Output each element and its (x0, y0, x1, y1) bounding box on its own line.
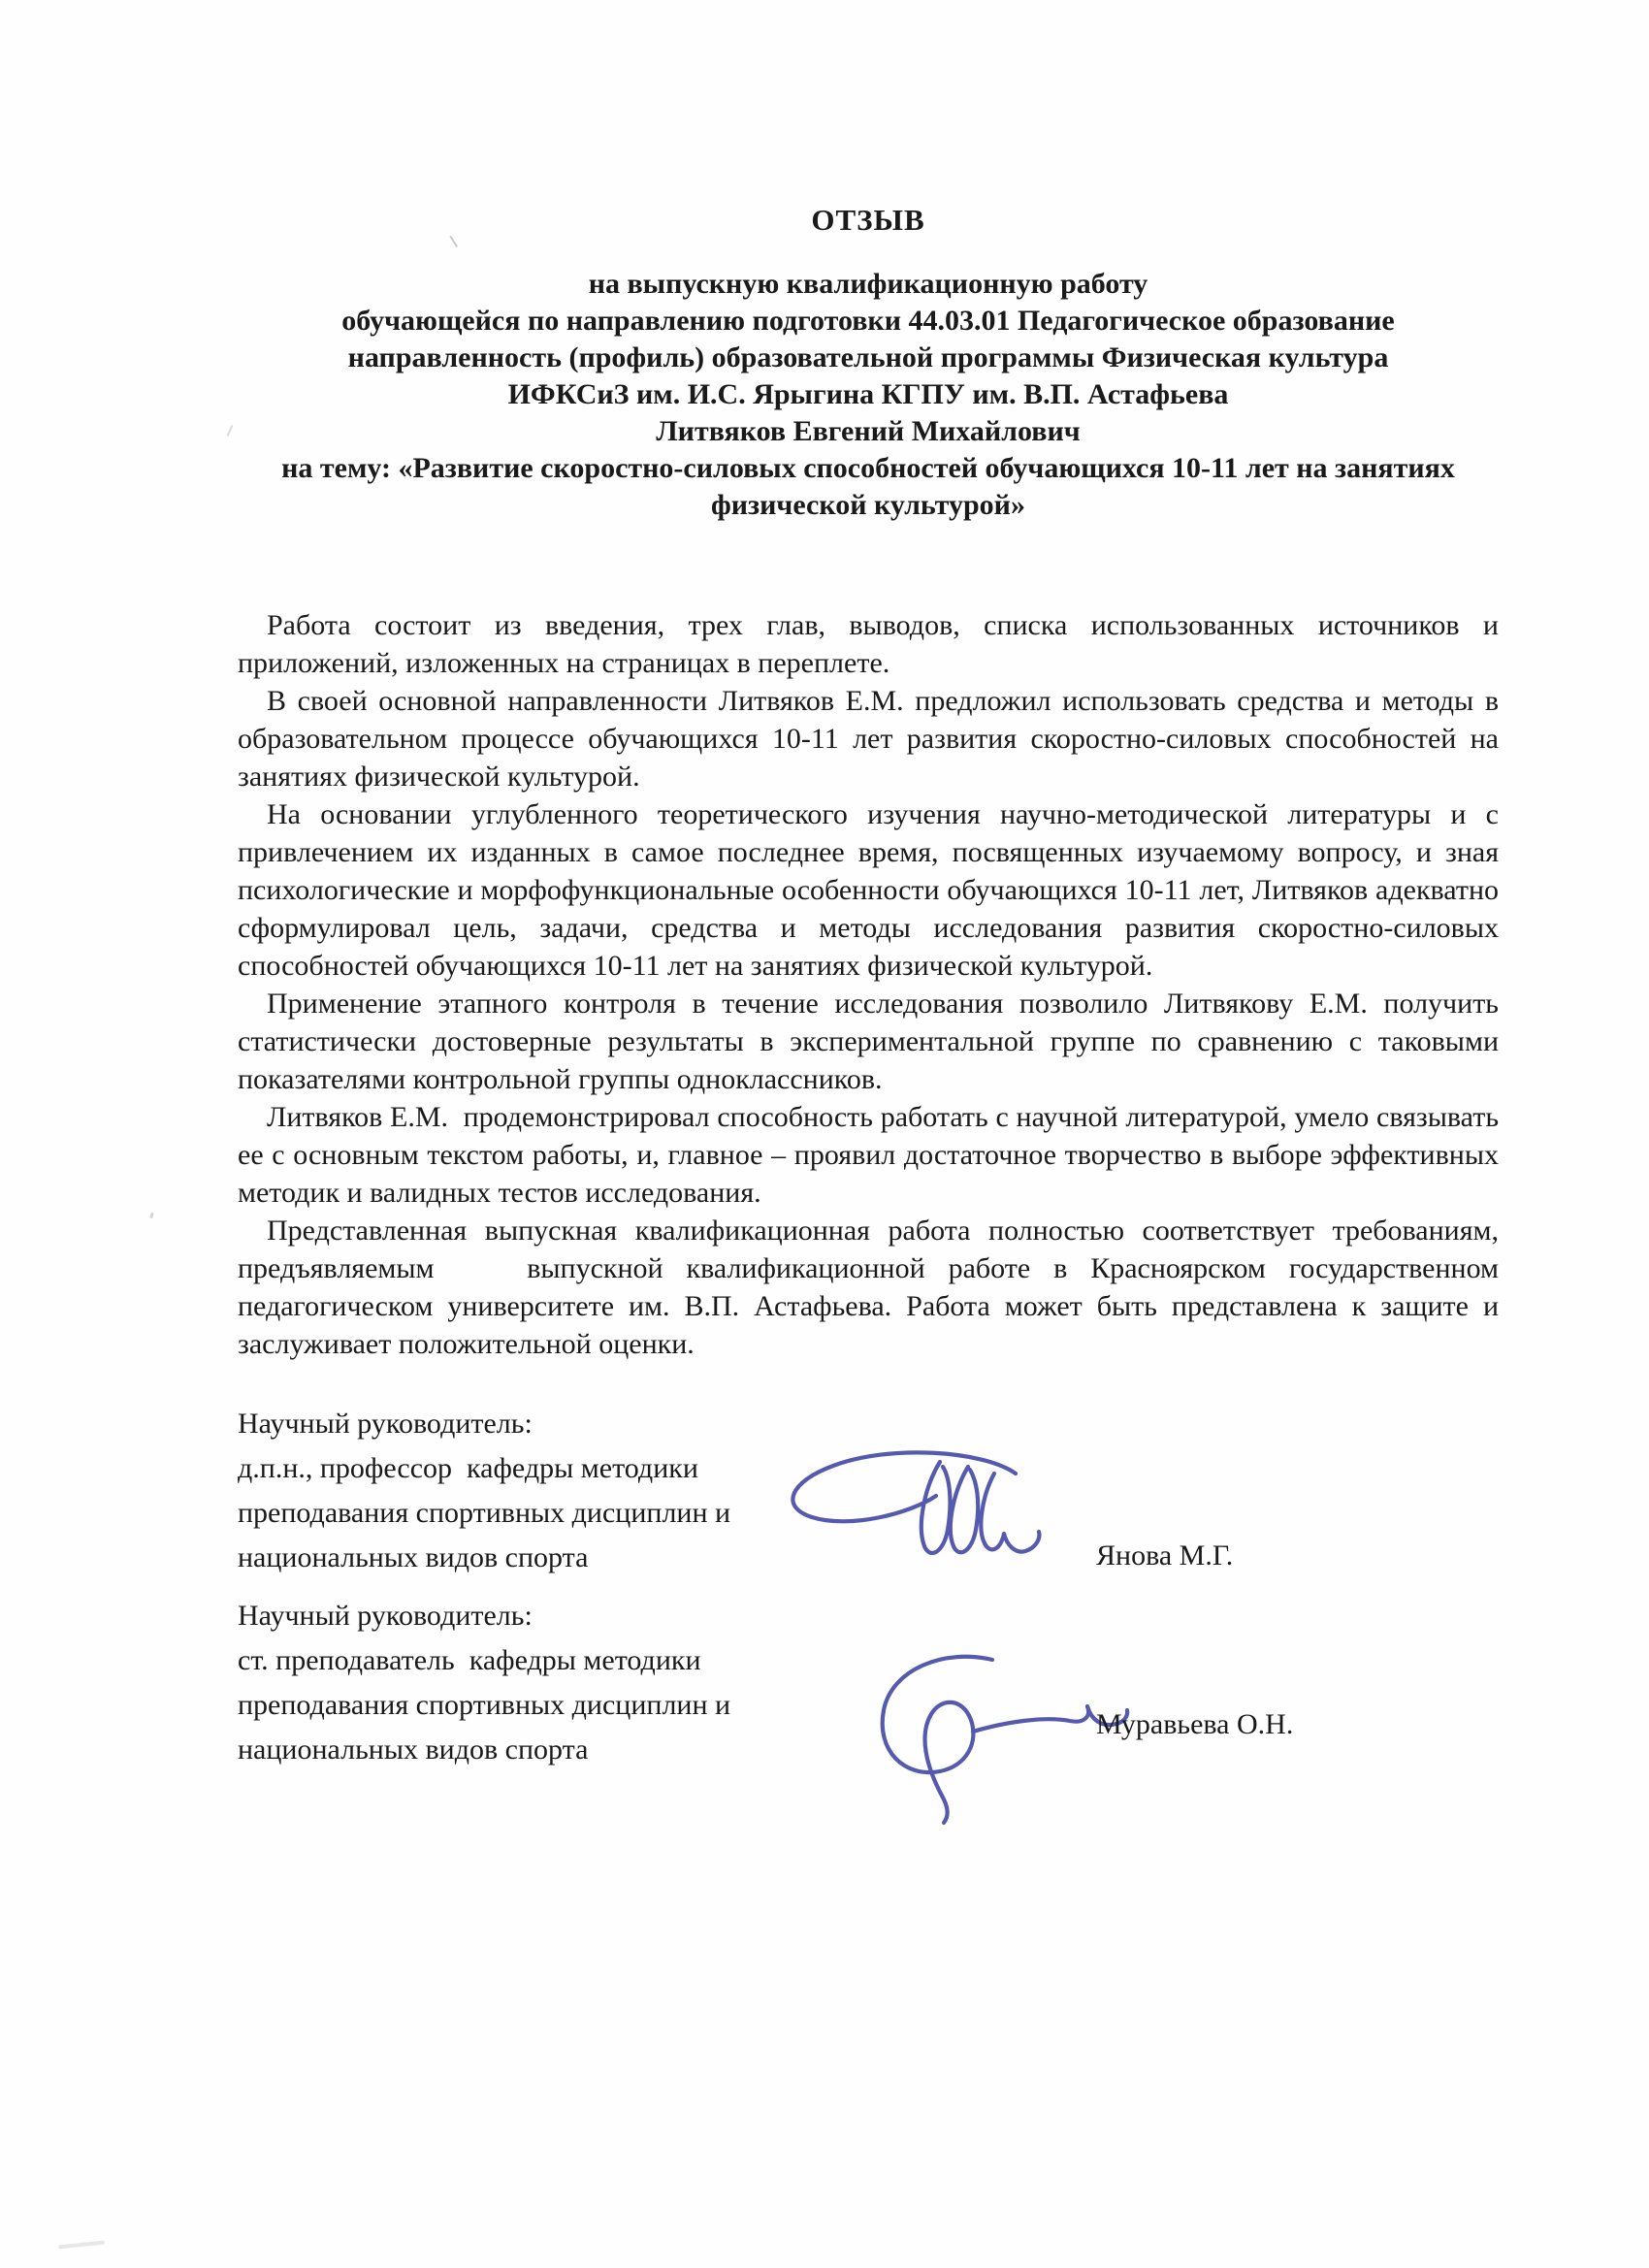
paragraph-structure: Работа состоит из введения, трех глав, в… (238, 606, 1499, 682)
scan-artifact-slash (227, 425, 234, 437)
header-line-4: ИФКСиЗ им. И.С. Ярыгина КГПУ им. В.П. Ас… (238, 376, 1499, 413)
signatory-1-name: Янова М.Г. (1096, 1534, 1233, 1578)
signatory-2-details: Научный руководитель: ст. преподаватель … (238, 1594, 936, 1772)
header-line-1: на выпускную квалификационную работу (238, 266, 1499, 303)
scan-artifact-smudge (58, 2241, 105, 2250)
doc-header: на выпускную квалификационную работу обу… (238, 266, 1499, 524)
signature-block-1: Научный руководитель: д.п.н., профессор … (238, 1402, 1499, 1580)
header-line-2: обучающейся по направлению подготовки 44… (238, 303, 1499, 340)
signature-block-2: Научный руководитель: ст. преподаватель … (238, 1594, 1499, 1772)
paragraph-stage-control: Применение этапного контроля в течение и… (238, 985, 1499, 1098)
paragraph-skills: Литвяков Е.М. продемонстрировал способно… (238, 1098, 1499, 1212)
paragraph-main-direction: В своей основной направленности Литвяков… (238, 682, 1499, 795)
document-content: ОТЗЫВ на выпускную квалификационную рабо… (238, 0, 1499, 1772)
paragraph-literature: На основании углубленного теоретического… (238, 795, 1499, 985)
signatory-1-position-line-1: д.п.н., профессор кафедры методики (238, 1446, 936, 1491)
signatory-1-position-line-3: национальных видов спорта (238, 1536, 936, 1580)
header-line-3: направленность (профиль) образовательной… (238, 340, 1499, 376)
doc-title: ОТЗЫВ (238, 202, 1499, 239)
signatory-2-name: Муравьева О.Н. (1096, 1702, 1293, 1747)
header-line-5: Литвяков Евгений Михайлович (238, 413, 1499, 450)
signatory-2-position-line-2: преподавания спортивных дисциплин и (238, 1683, 936, 1728)
doc-body: Работа состоит из введения, трех глав, в… (238, 606, 1499, 1363)
scan-artifact-dot (149, 1213, 153, 1219)
signatory-2-role-label: Научный руководитель: (238, 1594, 936, 1638)
document-page: ОТЗЫВ на выпускную квалификационную рабо… (0, 0, 1649, 2268)
signatory-2-position-line-1: ст. преподаватель кафедры методики (238, 1638, 936, 1683)
paragraph-conclusion: Представленная выпускная квалификационна… (238, 1212, 1499, 1363)
signatory-1-role-label: Научный руководитель: (238, 1402, 936, 1446)
signatory-2-position-line-3: национальных видов спорта (238, 1728, 936, 1772)
signatory-1-position-line-2: преподавания спортивных дисциплин и (238, 1491, 936, 1536)
header-line-6-topic: на тему: «Развитие скоростно-силовых спо… (238, 450, 1499, 524)
signatory-1-details: Научный руководитель: д.п.н., профессор … (238, 1402, 936, 1580)
